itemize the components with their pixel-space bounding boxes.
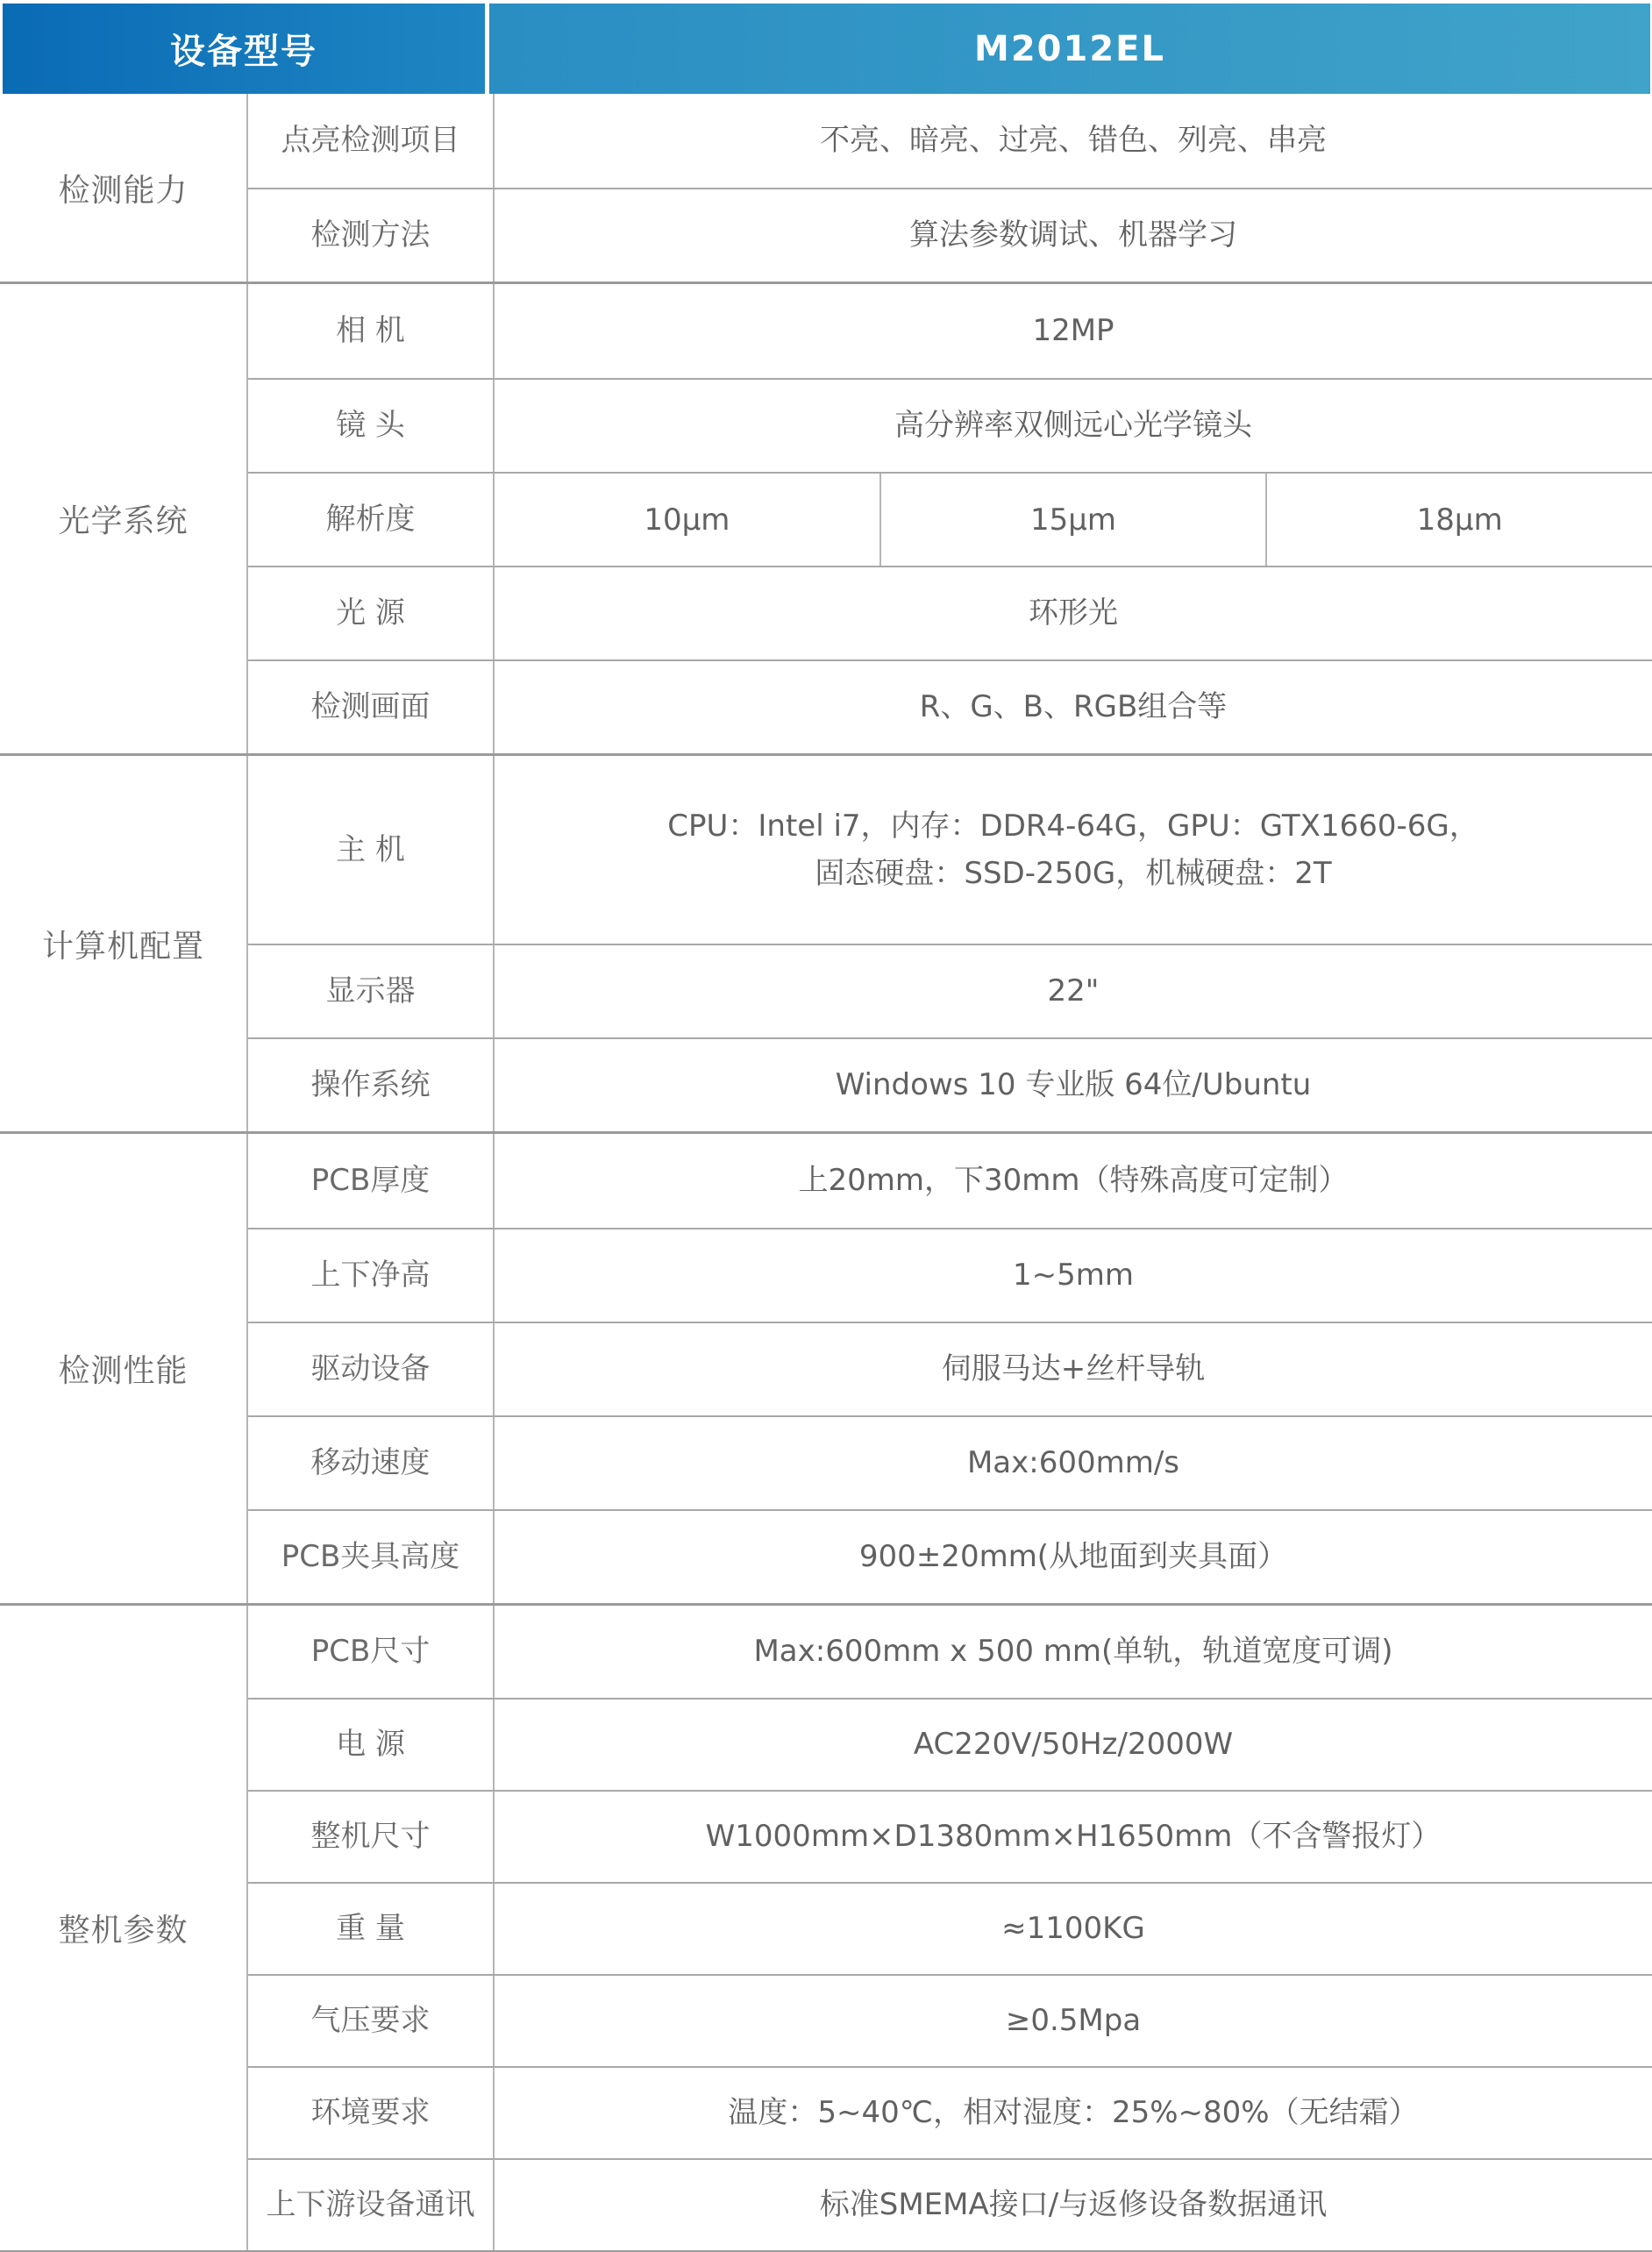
row-power: 电 源 AC220V/50Hz/2000W (248, 1698, 1652, 1790)
row-pcb-fixture-height: PCB夹具高度 900±20mm(从地面到夹具面） (248, 1509, 1652, 1603)
row-label: 环境要求 (248, 2068, 495, 2158)
group-label: 整机参数 (0, 1606, 248, 2250)
resolution-option-1: 10μm (495, 474, 879, 566)
spec-sheet-page: 设备型号 M2012EL 检测能力 点亮检测项目 不亮、暗亮、过亮、错色、列亮、… (0, 0, 1652, 2252)
row-label: 镜 头 (248, 380, 495, 472)
row-value: Windows 10 专业版 64位/Ubuntu (495, 1039, 1652, 1131)
section-detection-capability: 检测能力 点亮检测项目 不亮、暗亮、过亮、错色、列亮、串亮 检测方法 算法参数调… (0, 94, 1652, 281)
section-computer-config: 计算机配置 主 机 CPU：Intel i7，内存：DDR4-64G，GPU：G… (0, 753, 1652, 1131)
row-camera: 相 机 12MP (248, 284, 1652, 378)
row-environment: 环境要求 温度：5~40℃，相对湿度：25%~80%（无结霜） (248, 2066, 1652, 2158)
row-value: 环形光 (495, 567, 1652, 659)
row-value: ≥0.5Mpa (495, 1976, 1652, 2066)
row-os: 操作系统 Windows 10 专业版 64位/Ubuntu (248, 1037, 1652, 1131)
row-weight: 重 量 ≈1100KG (248, 1882, 1652, 1974)
row-pcb-size: PCB尺寸 Max:600mm x 500 mm(单轨，轨道宽度可调) (248, 1606, 1652, 1698)
row-move-speed: 移动速度 Max:600mm/s (248, 1415, 1652, 1509)
row-label: 操作系统 (248, 1039, 495, 1131)
row-label: 重 量 (248, 1884, 495, 1974)
row-value: 900±20mm(从地面到夹具面） (495, 1511, 1652, 1603)
row-value: Max:600mm x 500 mm(单轨，轨道宽度可调) (495, 1606, 1652, 1698)
row-value: 不亮、暗亮、过亮、错色、列亮、串亮 (495, 94, 1652, 188)
row-drive-device: 驱动设备 伺服马达+丝杆导轨 (248, 1322, 1652, 1415)
section-optical-system: 光学系统 相 机 12MP 镜 头 高分辨率双侧远心光学镜头 解析度 10μm … (0, 281, 1652, 753)
row-label: 整机尺寸 (248, 1792, 495, 1882)
resolution-options: 10μm 15μm 18μm (495, 474, 1652, 566)
group-label: 检测能力 (0, 94, 248, 281)
group-label: 计算机配置 (0, 756, 248, 1131)
row-value: 12MP (495, 284, 1652, 378)
header-model-value: M2012EL (489, 4, 1650, 94)
row-host: 主 机 CPU：Intel i7，内存：DDR4-64G，GPU：GTX1660… (248, 756, 1652, 944)
section-detection-performance: 检测性能 PCB厚度 上20mm，下30mm（特殊高度可定制） 上下净高 1~5… (0, 1131, 1652, 1603)
row-label: 相 机 (248, 284, 495, 378)
row-lighting-test-items: 点亮检测项目 不亮、暗亮、过亮、错色、列亮、串亮 (248, 94, 1652, 188)
row-test-screen: 检测画面 R、G、B、RGB组合等 (248, 659, 1652, 753)
row-value: 上20mm，下30mm（特殊高度可定制） (495, 1134, 1652, 1228)
row-label: 点亮检测项目 (248, 94, 495, 188)
row-value: 高分辨率双侧远心光学镜头 (495, 380, 1652, 472)
row-label: 检测方法 (248, 189, 495, 281)
row-light-source: 光 源 环形光 (248, 566, 1652, 659)
row-clearance: 上下净高 1~5mm (248, 1228, 1652, 1322)
row-value: R、G、B、RGB组合等 (495, 661, 1652, 753)
resolution-option-2: 15μm (879, 474, 1266, 566)
row-label: PCB厚度 (248, 1134, 495, 1228)
row-label: 电 源 (248, 1700, 495, 1790)
row-value: 标准SMEMA接口/与返修设备数据通讯 (495, 2160, 1652, 2250)
row-label: PCB尺寸 (248, 1606, 495, 1698)
row-label: 显示器 (248, 945, 495, 1037)
row-label: 检测画面 (248, 661, 495, 753)
row-value: ≈1100KG (495, 1884, 1652, 1974)
row-pcb-thickness: PCB厚度 上20mm，下30mm（特殊高度可定制） (248, 1134, 1652, 1228)
row-value: 22" (495, 945, 1652, 1037)
row-label: 移动速度 (248, 1417, 495, 1509)
row-smema-comm: 上下游设备通讯 标准SMEMA接口/与返修设备数据通讯 (248, 2158, 1652, 2250)
row-label: 光 源 (248, 567, 495, 659)
row-value: 算法参数调试、机器学习 (495, 189, 1652, 281)
row-machine-size: 整机尺寸 W1000mm×D1380mm×H1650mm（不含警报灯） (248, 1790, 1652, 1882)
row-label: 驱动设备 (248, 1323, 495, 1415)
row-label: 解析度 (248, 474, 495, 566)
row-value: Max:600mm/s (495, 1417, 1652, 1509)
group-label: 光学系统 (0, 284, 248, 753)
group-label: 检测性能 (0, 1134, 248, 1603)
row-air-pressure: 气压要求 ≥0.5Mpa (248, 1974, 1652, 2066)
row-label: PCB夹具高度 (248, 1511, 495, 1603)
row-value: 伺服马达+丝杆导轨 (495, 1323, 1652, 1415)
row-lens: 镜 头 高分辨率双侧远心光学镜头 (248, 378, 1652, 472)
row-value: W1000mm×D1380mm×H1650mm（不含警报灯） (495, 1792, 1652, 1882)
section-machine-parameters: 整机参数 PCB尺寸 Max:600mm x 500 mm(单轨，轨道宽度可调)… (0, 1603, 1652, 2252)
row-monitor: 显示器 22" (248, 944, 1652, 1037)
table-header: 设备型号 M2012EL (3, 4, 1650, 94)
row-value: 1~5mm (495, 1229, 1652, 1322)
header-device-model-label: 设备型号 (3, 4, 485, 94)
row-value: 温度：5~40℃，相对湿度：25%~80%（无结霜） (495, 2068, 1652, 2158)
row-test-method: 检测方法 算法参数调试、机器学习 (248, 188, 1652, 281)
row-value: AC220V/50Hz/2000W (495, 1700, 1652, 1790)
row-value: CPU：Intel i7，内存：DDR4-64G，GPU：GTX1660-6G，… (495, 756, 1652, 944)
row-label: 上下游设备通讯 (248, 2160, 495, 2250)
row-label: 气压要求 (248, 1976, 495, 2066)
row-label: 主 机 (248, 756, 495, 944)
row-label: 上下净高 (248, 1229, 495, 1322)
resolution-option-3: 18μm (1265, 474, 1652, 566)
row-resolution: 解析度 10μm 15μm 18μm (248, 472, 1652, 566)
